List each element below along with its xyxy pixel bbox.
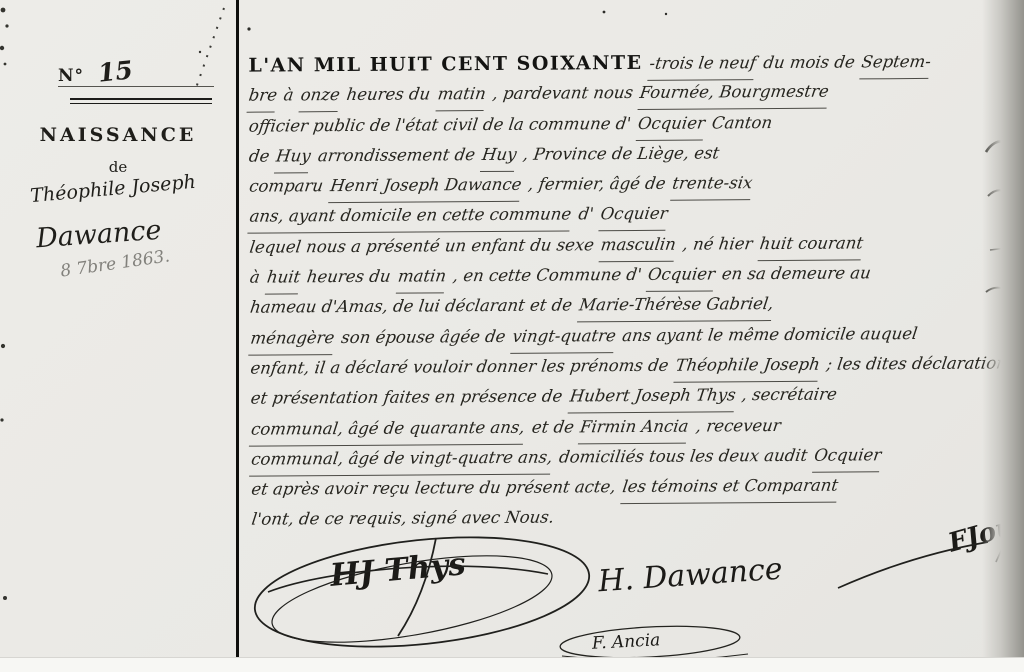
margin-divider-rule	[70, 98, 212, 104]
scan-bottom-strip	[0, 657, 1024, 672]
signature-dawance: H. Dawance	[597, 552, 784, 600]
handwritten-entry: les témoins et Comparant	[620, 471, 840, 505]
handwritten-entry: Henri Joseph Dawance	[328, 170, 523, 204]
handwritten-entry: lequel nous a présenté un enfant du sexe	[248, 230, 596, 263]
handwritten-entry: , Province de Liège, est	[521, 138, 721, 170]
handwritten-entry: heures du	[305, 262, 393, 293]
handwritten-entry: Fournée, Bourgmestre	[638, 77, 831, 111]
handwritten-entry: Marie-Thérèse Gabriel,	[577, 289, 776, 323]
printed-form-text: L'AN MIL HUIT CENT SOIXANTE	[248, 48, 642, 81]
handwritten-entry: Huy	[480, 140, 519, 173]
act-line: L'AN MIL HUIT CENT SOIXANTE-trois le neu…	[248, 45, 1013, 81]
handwritten-entry: Huy	[274, 141, 313, 174]
handwritten-entry: matin	[435, 79, 487, 112]
handwritten-entry: , secrétaire	[740, 380, 839, 411]
handwritten-entry: communal, âgé de vingt-quatre ans,	[249, 442, 554, 476]
handwritten-entry: Firmin Ancia	[578, 411, 691, 444]
act-line: l'ont, de ce requis, signé avec Nous.	[251, 500, 1016, 536]
handwritten-entry: d'	[576, 200, 595, 230]
handwritten-entry: à	[248, 263, 262, 293]
act-number-row: N° 15	[58, 58, 214, 87]
handwritten-entry: vingt-quatre	[510, 321, 618, 354]
page-gutter-shadow	[982, 0, 1024, 672]
handwritten-entry: trente-six	[670, 168, 754, 201]
handwritten-entry: Ocquier	[646, 259, 717, 292]
act-line: enfant, il a déclaré vouloir donner les …	[250, 348, 1015, 384]
margin-child-surname: Dawance	[35, 215, 162, 255]
handwritten-entry: Théophile Joseph	[673, 350, 821, 383]
act-lines: L'AN MIL HUIT CENT SOIXANTE-trois le neu…	[248, 45, 1016, 535]
handwritten-entry: Ocquier	[598, 199, 669, 232]
handwritten-entry: Ocquier	[812, 440, 883, 473]
handwritten-entry: du mois de	[761, 47, 856, 78]
handwritten-entry: de	[247, 141, 271, 171]
handwritten-entry: en sa demeure au	[720, 258, 873, 289]
margin-title: NAISSANCE	[0, 124, 236, 146]
handwritten-entry: , pardevant nous	[490, 78, 634, 109]
margin-date-note: 8 7bre 1863.	[59, 246, 171, 281]
handwritten-entry: , né hier	[681, 229, 755, 260]
handwritten-entry: comparu	[247, 171, 325, 202]
handwritten-entry: Ocquier	[636, 108, 707, 141]
handwritten-entry: et de	[529, 412, 575, 443]
handwritten-entry: -trois le neuf	[647, 48, 758, 81]
handwritten-entry: , en cette Commune d'	[451, 260, 644, 292]
handwritten-entry: communal, âgé de quarante ans,	[249, 412, 527, 446]
handwritten-entry: ménagère	[248, 323, 336, 356]
handwritten-entry: , receveur	[694, 411, 783, 442]
handwritten-entry: son épouse âgée de	[339, 322, 507, 353]
handwritten-entry: bre	[246, 81, 279, 114]
handwritten-entry: domiciliés tous les deux audit	[557, 441, 809, 473]
handwritten-entry: hameau d'Amas, de lui déclarant et de	[248, 291, 574, 324]
signature-thys: HJ Thys	[329, 546, 467, 594]
signature-ancia: F. Ancia	[592, 630, 661, 654]
act-number-label: N°	[58, 66, 84, 86]
handwritten-entry: Septem-	[859, 47, 933, 80]
handwritten-entry: matin	[395, 261, 447, 294]
act-number-value: 15	[97, 55, 135, 87]
handwritten-entry: et présentation faites en présence de	[249, 382, 565, 415]
handwritten-entry: onze	[299, 80, 342, 113]
handwritten-entry: heures du	[345, 80, 433, 111]
margin-vertical-rule	[236, 0, 239, 658]
handwritten-entry: huit	[265, 262, 302, 295]
handwritten-entry: huit courant	[758, 228, 866, 261]
handwritten-entry: ans ayant le même domicile auquel	[621, 319, 920, 351]
handwritten-entry: ans, ayant domicile en cette commune	[247, 200, 573, 235]
handwritten-entry: et après avoir reçu lecture du présent a…	[249, 472, 617, 505]
handwritten-entry: enfant, il a déclaré vouloir donner les …	[249, 351, 671, 384]
handwritten-entry: Hubert Joseph Thys	[567, 381, 737, 414]
handwritten-entry: officier public de l'état civil de la co…	[247, 109, 633, 142]
scanned-birth-record-page: N° 15 NAISSANCE de Théophile Joseph Dawa…	[0, 0, 1024, 672]
handwritten-entry: à	[282, 81, 296, 111]
handwritten-entry: , fermier, âgé de	[526, 169, 667, 200]
handwritten-entry: arrondissement de	[316, 140, 477, 171]
handwritten-entry: masculin	[599, 229, 678, 262]
handwritten-entry: Canton	[710, 108, 774, 139]
handwritten-entry: l'ont, de ce requis, signé avec Nous.	[250, 503, 557, 535]
